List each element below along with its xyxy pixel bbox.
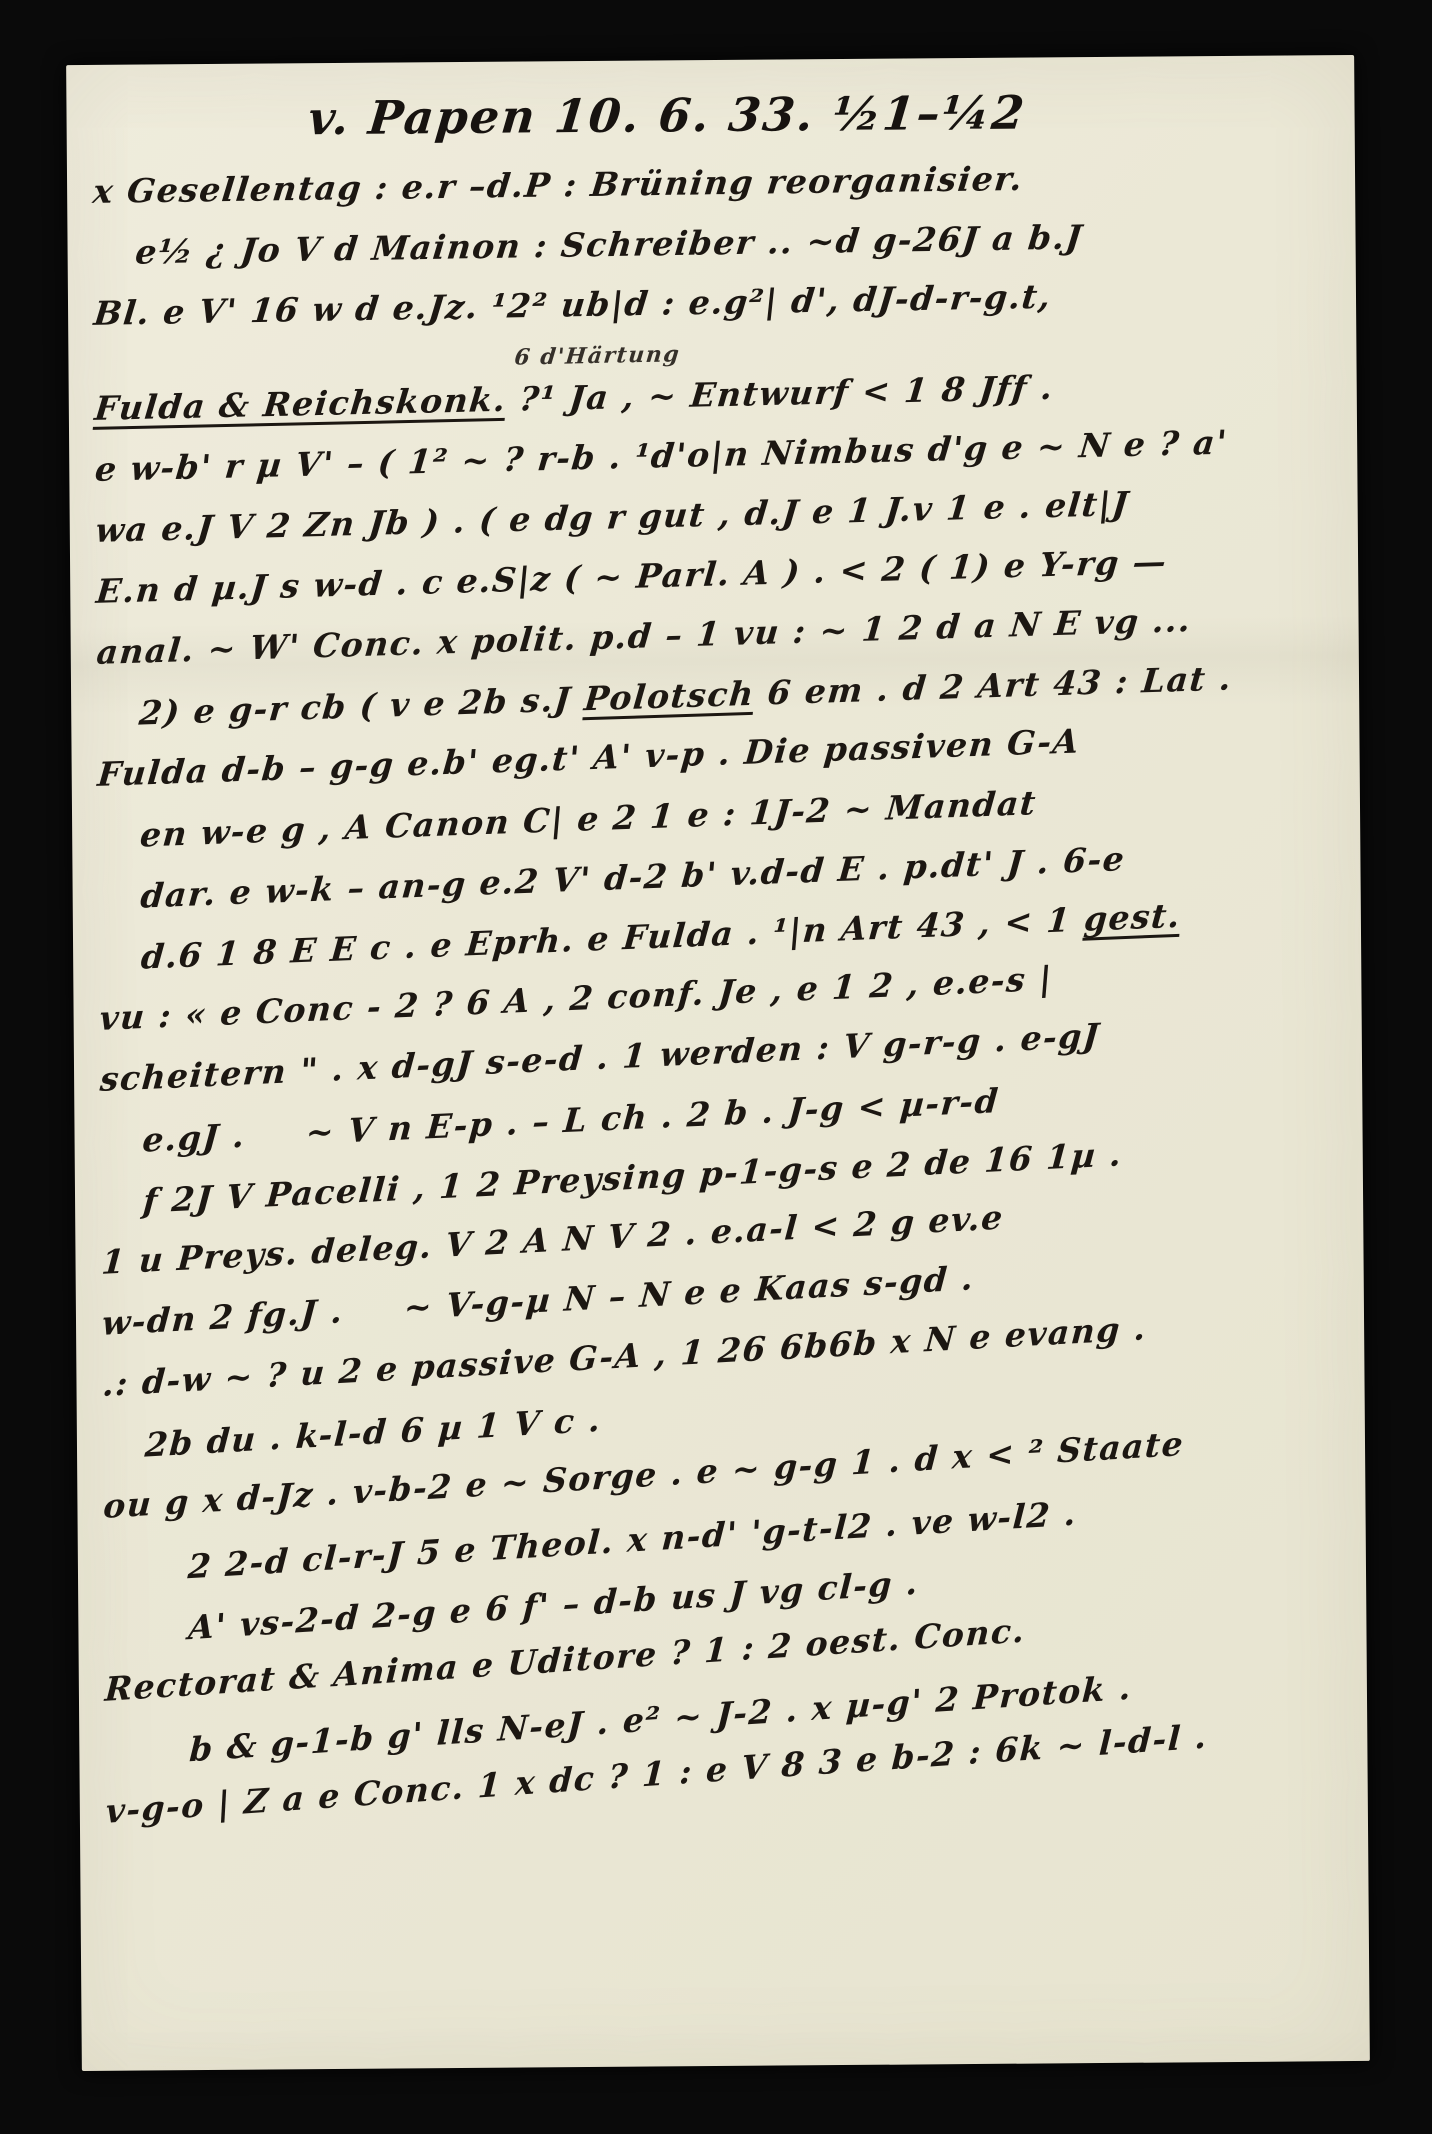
manuscript-lines: x Gesellentag : e.r –d.P : Brüning reorg…	[93, 151, 1348, 1842]
underlined-phrase: Polotsch	[583, 674, 757, 719]
manuscript-content: v. Papen 10. 6. 33. ½1–¼2 x Gesellentag …	[92, 77, 1348, 1842]
underlined-phrase: gest.	[1083, 896, 1183, 939]
page-title: v. Papen 10. 6. 33. ½1–¼2	[306, 83, 1337, 145]
underlined-phrase: Fulda & Reichskonk.	[93, 380, 509, 428]
manuscript-page: v. Papen 10. 6. 33. ½1–¼2 x Gesellentag …	[66, 55, 1370, 2071]
